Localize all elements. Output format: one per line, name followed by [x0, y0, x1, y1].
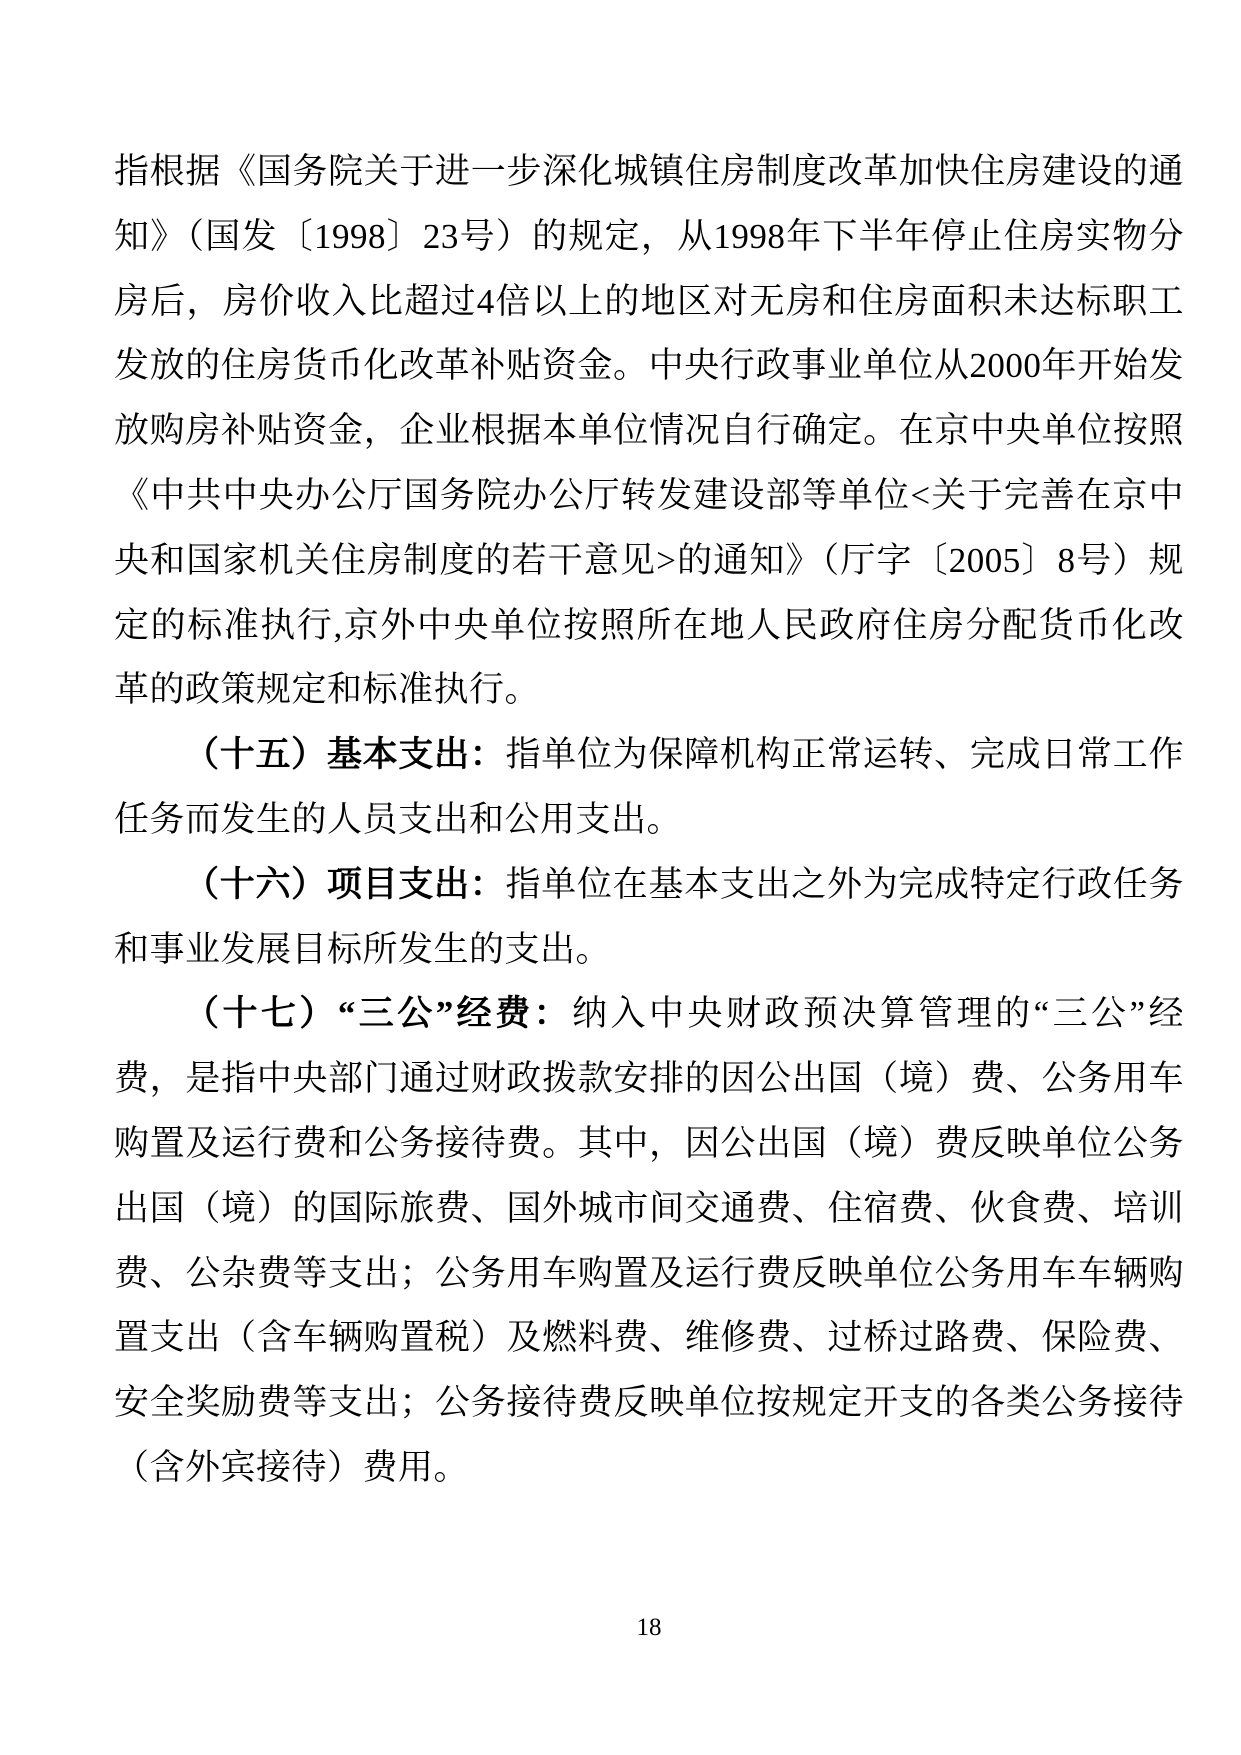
- term-label-project-expenditure: （十六）项目支出：: [184, 865, 506, 904]
- line-text: 安全奖励费等支出；公务接待费反映单位按规定开支的各类公务接待: [114, 1383, 1184, 1422]
- line-text: 放购房补贴资金，企业根据本单位情况自行确定。在京中央单位按照: [114, 411, 1184, 450]
- document-page: 指根据《国务院关于进一步深化城镇住房制度改革加快住房建设的通 知》（国发〔199…: [0, 0, 1241, 1755]
- paragraph-three-public-funds: （十七）“三公”经费：纳入中央财政预决算管理的“三公”经 费，是指中央部门通过财…: [114, 982, 1184, 1500]
- text-line: （十六）项目支出：指单位在基本支出之外为完成特定行政任务: [114, 853, 1184, 918]
- line-text: 费，是指中央部门通过财政拨款安排的因公出国（境）费、公务用车: [114, 1059, 1184, 1098]
- text-line: 指根据《国务院关于进一步深化城镇住房制度改革加快住房建设的通: [114, 140, 1184, 205]
- line-text: 任务而发生的人员支出和公用支出。: [114, 800, 682, 839]
- text-line: 革的政策规定和标准执行。: [114, 658, 1184, 723]
- line-text: 发放的住房货币化改革补贴资金。中央行政事业单位从2000年开始发: [114, 346, 1184, 385]
- paragraph-basic-expenditure: （十五）基本支出：指单位为保障机构正常运转、完成日常工作 任务而发生的人员支出和…: [114, 723, 1184, 853]
- text-line: 《中共中央办公厅国务院办公厅转发建设部等单位<关于完善在京中: [114, 464, 1184, 529]
- text-line: 知》（国发〔1998〕23号）的规定，从1998年下半年停止住房实物分: [114, 205, 1184, 270]
- term-label-three-public-funds: （十七）“三公”经费：: [184, 994, 572, 1033]
- text-line: 房后，房价收入比超过4倍以上的地区对无房和住房面积未达标职工: [114, 270, 1184, 335]
- line-text: 《中共中央办公厅国务院办公厅转发建设部等单位<关于完善在京中: [114, 476, 1184, 515]
- line-text: 指单位为保障机构正常运转、完成日常工作: [506, 735, 1184, 774]
- text-line: 定的标准执行,京外中央单位按照所在地人民政府住房分配货币化改: [114, 594, 1184, 659]
- text-line: 放购房补贴资金，企业根据本单位情况自行确定。在京中央单位按照: [114, 399, 1184, 464]
- line-text: 指单位在基本支出之外为完成特定行政任务: [506, 865, 1184, 904]
- page-number: 18: [114, 1613, 1184, 1643]
- text-line: （含外宾接待）费用。: [114, 1436, 1184, 1501]
- line-text: 纳入中央财政预决算管理的“三公”经: [572, 994, 1184, 1033]
- paragraph-housing-subsidy: 指根据《国务院关于进一步深化城镇住房制度改革加快住房建设的通 知》（国发〔199…: [114, 140, 1184, 723]
- text-line: （十五）基本支出：指单位为保障机构正常运转、完成日常工作: [114, 723, 1184, 788]
- term-label-basic-expenditure: （十五）基本支出：: [184, 735, 506, 774]
- text-line: 央和国家机关住房制度的若干意见>的通知》（厅字〔2005〕8号）规: [114, 529, 1184, 594]
- text-line: 和事业发展目标所发生的支出。: [114, 918, 1184, 983]
- line-text: 出国（境）的国际旅费、国外城市间交通费、住宿费、伙食费、培训: [114, 1189, 1184, 1228]
- line-text: 知》（国发〔1998〕23号）的规定，从1998年下半年停止住房实物分: [114, 217, 1184, 256]
- paragraph-project-expenditure: （十六）项目支出：指单位在基本支出之外为完成特定行政任务 和事业发展目标所发生的…: [114, 853, 1184, 983]
- line-text: 央和国家机关住房制度的若干意见>的通知》（厅字〔2005〕8号）规: [114, 541, 1184, 580]
- line-text: 和事业发展目标所发生的支出。: [114, 930, 611, 969]
- text-line: 发放的住房货币化改革补贴资金。中央行政事业单位从2000年开始发: [114, 334, 1184, 399]
- text-line: 购置及运行费和公务接待费。其中，因公出国（境）费反映单位公务: [114, 1112, 1184, 1177]
- text-line: 置支出（含车辆购置税）及燃料费、维修费、过桥过路费、保险费、: [114, 1306, 1184, 1371]
- text-line: 费，是指中央部门通过财政拨款安排的因公出国（境）费、公务用车: [114, 1047, 1184, 1112]
- line-text: 购置及运行费和公务接待费。其中，因公出国（境）费反映单位公务: [114, 1124, 1184, 1163]
- text-line: 任务而发生的人员支出和公用支出。: [114, 788, 1184, 853]
- text-line: （十七）“三公”经费：纳入中央财政预决算管理的“三公”经: [114, 982, 1184, 1047]
- line-text: 定的标准执行,京外中央单位按照所在地人民政府住房分配货币化改: [114, 606, 1184, 645]
- line-text: 费、公杂费等支出；公务用车购置及运行费反映单位公务用车车辆购: [114, 1254, 1184, 1293]
- text-line: 出国（境）的国际旅费、国外城市间交通费、住宿费、伙食费、培训: [114, 1177, 1184, 1242]
- text-line: 费、公杂费等支出；公务用车购置及运行费反映单位公务用车车辆购: [114, 1242, 1184, 1307]
- line-text: （含外宾接待）费用。: [114, 1448, 469, 1487]
- line-text: 指根据《国务院关于进一步深化城镇住房制度改革加快住房建设的通: [114, 152, 1184, 191]
- text-line: 安全奖励费等支出；公务接待费反映单位按规定开支的各类公务接待: [114, 1371, 1184, 1436]
- document-body: 指根据《国务院关于进一步深化城镇住房制度改革加快住房建设的通 知》（国发〔199…: [114, 140, 1184, 1501]
- line-text: 革的政策规定和标准执行。: [114, 670, 540, 709]
- line-text: 置支出（含车辆购置税）及燃料费、维修费、过桥过路费、保险费、: [114, 1318, 1184, 1357]
- line-text: 房后，房价收入比超过4倍以上的地区对无房和住房面积未达标职工: [114, 282, 1184, 321]
